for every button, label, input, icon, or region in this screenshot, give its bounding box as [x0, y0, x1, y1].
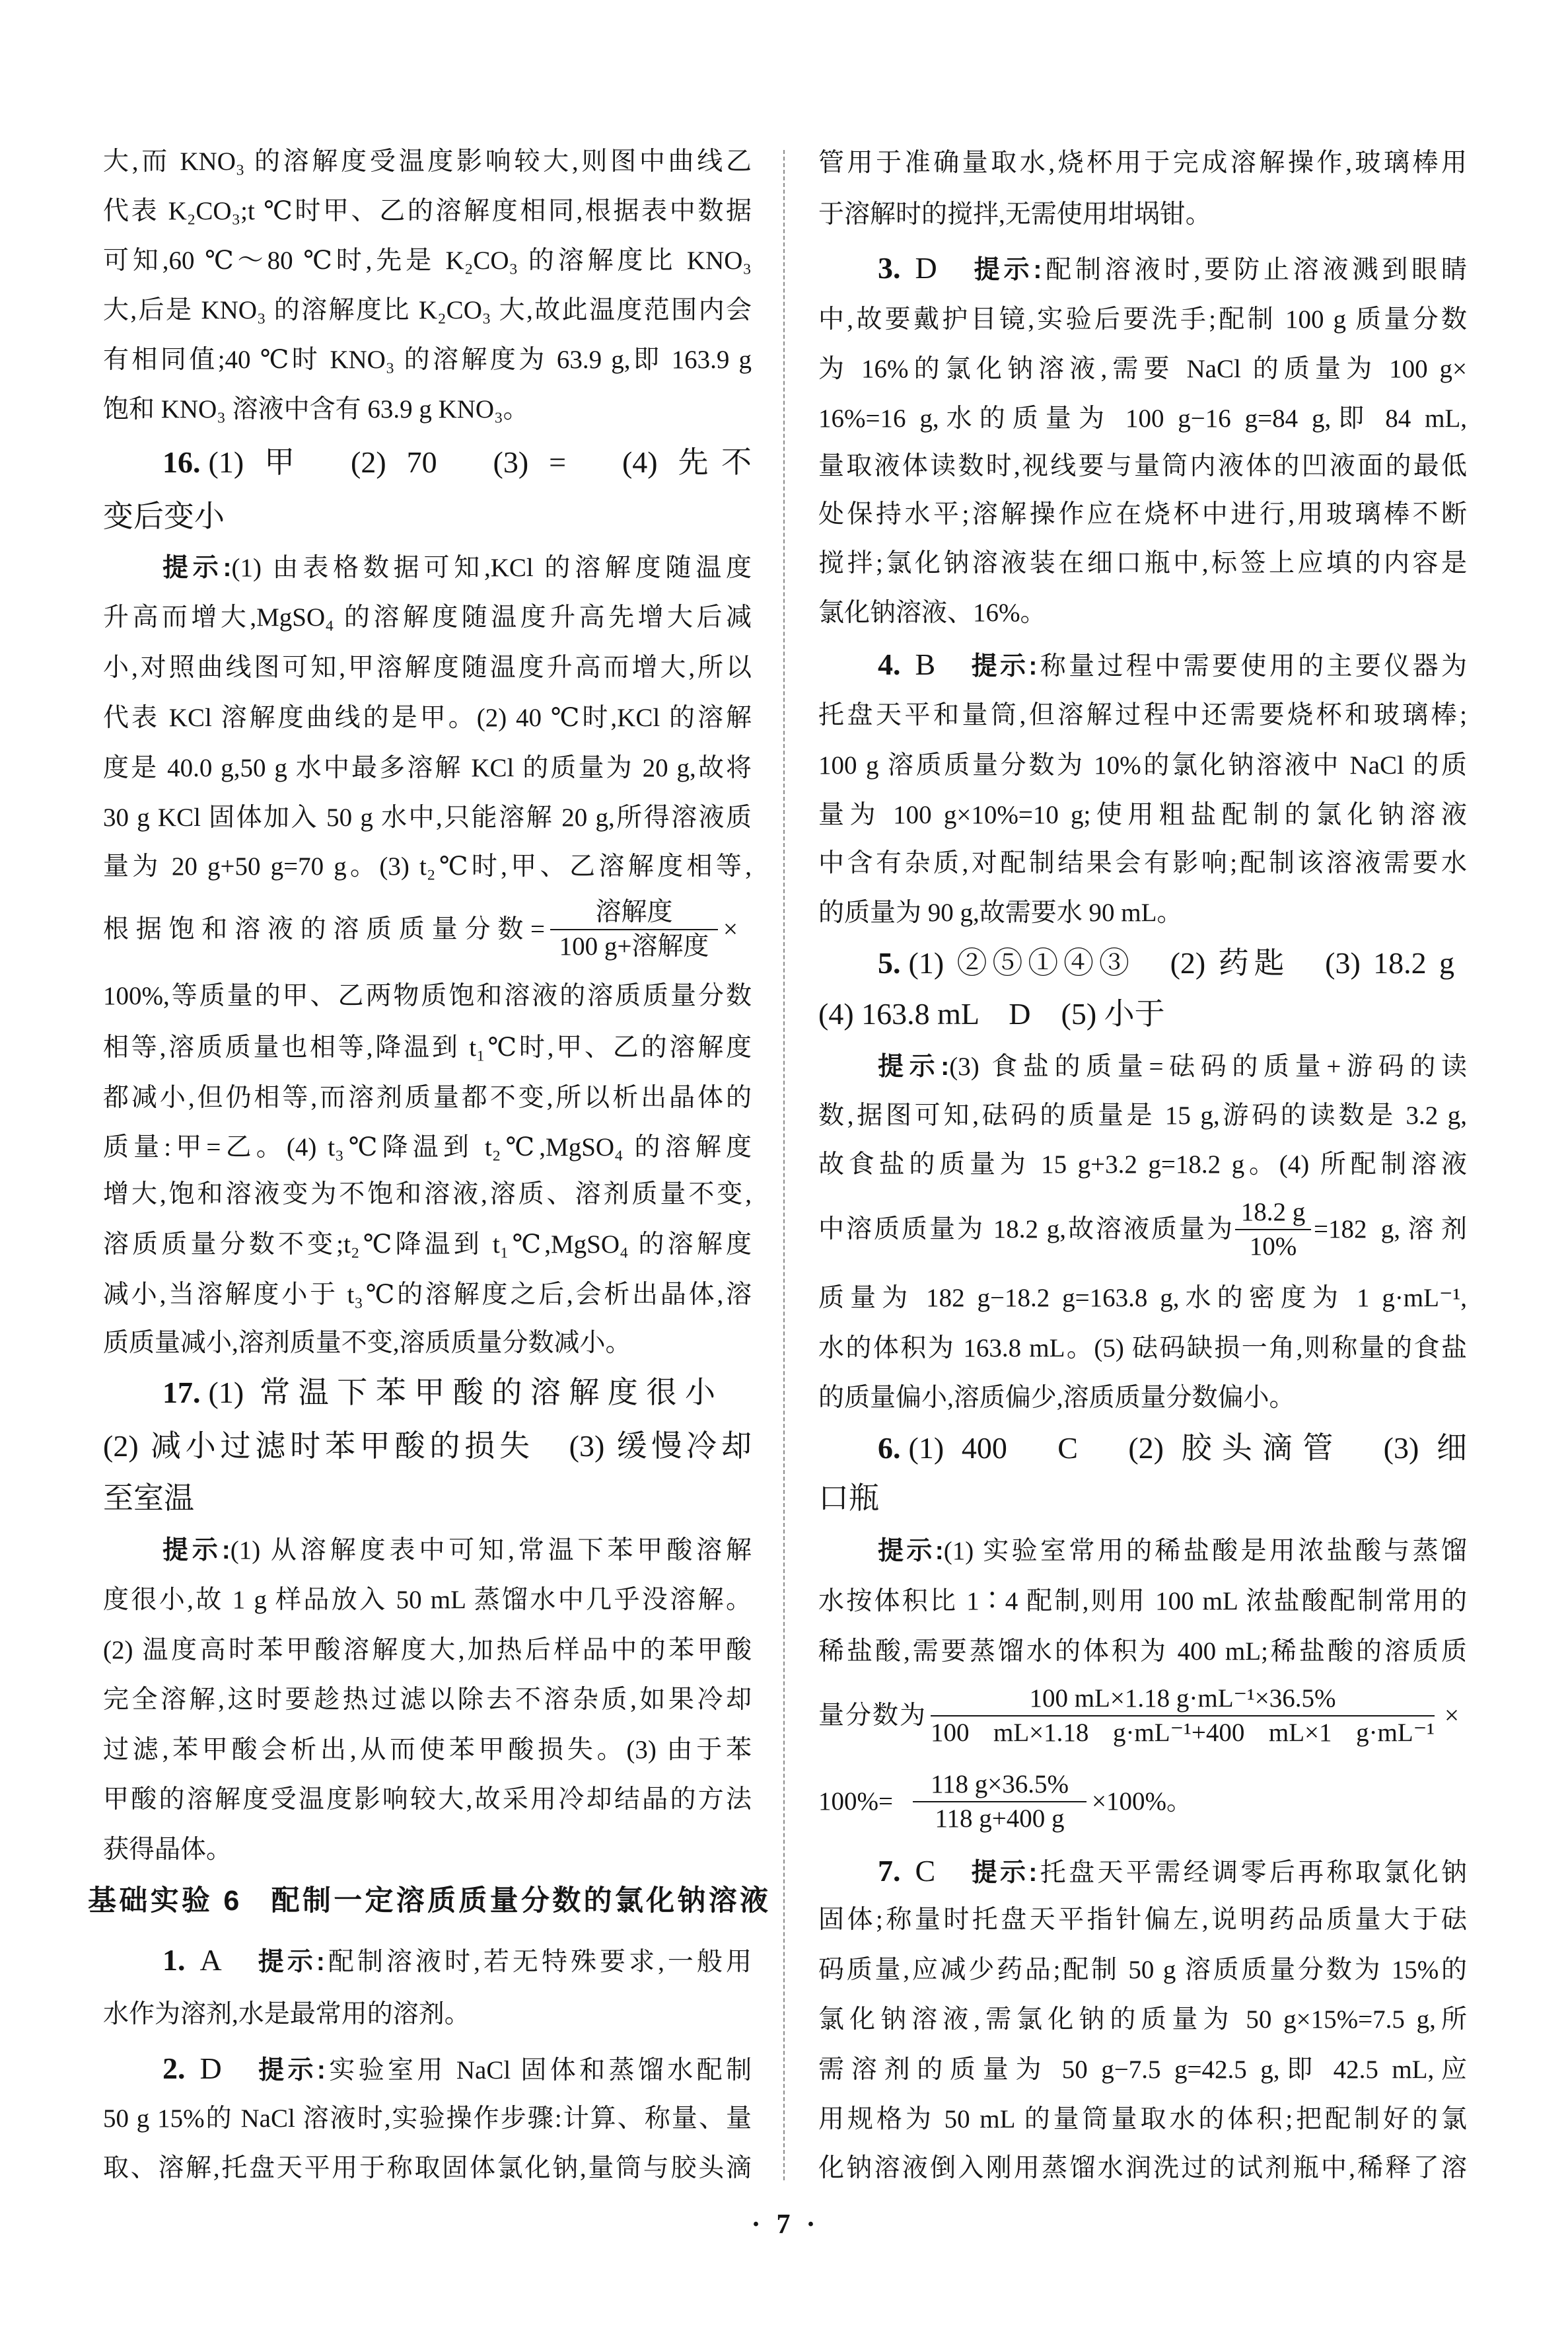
hint-line: 代表 K₂CO₃;t ℃时甲、乙的溶解度相同,根据表中数据: [103, 192, 752, 231]
fraction-denominator: 118 g+400 g: [913, 1802, 1087, 1835]
answer-line-q2: 2.D提示:实验室用 NaCl 固体和蒸馏水配制: [103, 2049, 752, 2088]
formula-suffix: ×: [1444, 1696, 1467, 1736]
answer-line: (2) 减小过滤时苯甲酸的损失 (3) 缓慢冷却: [103, 1426, 752, 1466]
section-heading: 基础实验 6配制一定溶质质量分数的氯化钠溶液: [88, 1880, 768, 1922]
hint-line: 质量:甲=乙。(4) t₃℃降温到 t₂℃,MgSO₄ 的溶解度: [103, 1128, 752, 1167]
fraction-denominator: 100 mL×1.18 g·mL⁻¹+400 mL×1 g·mL⁻¹: [931, 1716, 1435, 1750]
question-number: 7.: [878, 1854, 901, 1888]
hint-label: 提示:: [878, 1537, 944, 1565]
formula-prefix: 中溶质质量为 18.2 g,故溶液质量为: [818, 1210, 1232, 1249]
formula-suffix: =182 g,溶剂: [1314, 1210, 1467, 1249]
answer-line: 至室温: [103, 1479, 752, 1518]
answer-text: (1) ②⑤①④③ (2) 药匙 (3) 18.2 g: [909, 946, 1455, 980]
formula-prefix: 100%=: [818, 1782, 910, 1822]
answer-line-q16: 16.(1) 甲 (2) 70 (3) = (4) 先不: [103, 443, 752, 482]
hint-line: (2) 温度高时苯甲酸溶解度大,加热后样品中的苯甲酸: [103, 1631, 752, 1670]
answer-text: (1) 400 C (2) 胶头滴管 (3) 细: [909, 1431, 1468, 1465]
answer-text: (1) 甲 (2) 70 (3) = (4) 先不: [209, 445, 752, 479]
hint-label: 提示:: [970, 256, 1042, 284]
formula-suffix: ×100%。: [1092, 1782, 1204, 1822]
hint-line: 为 16%的氯化钠溶液,需要 NaCl 的质量为 100 g×: [818, 350, 1467, 389]
answer-text: (1) 常温下苯甲酸的溶解度很小: [209, 1376, 716, 1409]
hint-label: 提示:: [968, 652, 1037, 681]
hint-line: 减小,当溶解度小于 t₃℃的溶解度之后,会析出晶体,溶: [103, 1275, 752, 1315]
hint-line: 100 g 溶质质量分数为 10%的氯化钠溶液中 NaCl 的质: [818, 746, 1467, 786]
hint-label: 提示:: [255, 1948, 325, 1976]
hint-text: 配制溶液时,要防止溶液溅到眼睛: [1042, 256, 1467, 284]
hint-line: 质量为 182 g−18.2 g=163.8 g,水的密度为 1 g·mL⁻¹,: [818, 1278, 1467, 1318]
hint-line: 化钠溶液倒入刚用蒸馏水润洗过的试剂瓶中,稀释了溶: [818, 2149, 1467, 2188]
hint-line: 饱和 KNO₃ 溶液中含有 63.9 g KNO₃。: [103, 390, 752, 429]
hint-line: 完全溶解,这时要趁热过滤以除去不溶杂质,如果冷却: [103, 1680, 752, 1720]
hint-line: 故食盐的质量为 15 g+3.2 g=18.2 g。(4) 所配制溶液: [818, 1145, 1467, 1185]
fraction: 18.2 g 10%: [1235, 1196, 1311, 1263]
hint-line: 升高而增大,MgSO₄ 的溶解度随温度升高先增大后减: [103, 598, 752, 638]
hint-label: 提示:: [878, 1052, 949, 1081]
hint-line: 相等,溶质质量也相等,降温到 t₁℃时,甲、乙的溶解度: [103, 1028, 752, 1068]
page-number-value: 7: [777, 2209, 791, 2240]
hint-line: 提示:(1) 实验室常用的稀盐酸是用浓盐酸与蒸馏: [818, 1532, 1467, 1571]
hint-label: 提示:: [255, 2056, 326, 2085]
answer-line-q1: 1.A提示:配制溶液时,若无特殊要求,一般用: [103, 1940, 752, 1980]
hint-line: 氯化钠溶液,需氯化钠的质量为 50 g×15%=7.5 g,所: [818, 2000, 1467, 2040]
hint-label: 提示:: [968, 1859, 1037, 1887]
fraction-denominator: 10%: [1235, 1230, 1311, 1263]
hint-line: 提示:(1) 从溶解度表中可知,常温下苯甲酸溶解: [103, 1531, 752, 1570]
page-number-dot: ·: [751, 2209, 760, 2240]
hint-text: 托盘天平需经调零后再称取氯化钠: [1037, 1859, 1467, 1887]
hint-label: 提示:: [162, 554, 232, 582]
hint-line: 过滤,苯甲酸会析出,从而使苯甲酸损失。(3) 由于苯: [103, 1730, 752, 1770]
answer-choice: D: [200, 2051, 222, 2085]
column-divider: [783, 150, 785, 2180]
fraction-numerator: 溶解度: [550, 896, 718, 929]
answer-line-q5: 5.(1) ②⑤①④③ (2) 药匙 (3) 18.2 g: [818, 943, 1454, 983]
hint-line: 数,据图可知,砝码的质量是 15 g,游码的读数是 3.2 g,: [818, 1096, 1467, 1136]
hint-line: 代表 KCl 溶解度曲线的是甲。(2) 40 ℃时,KCl 的溶解: [103, 698, 752, 738]
hint-line: 托盘天平和量筒,但溶解过程中还需要烧杯和玻璃棒;: [818, 696, 1467, 735]
hint-line: 水作为溶剂,水是最常用的溶剂。: [103, 1995, 752, 2034]
hint-line: 稀盐酸,需要蒸馏水的体积为 400 mL;稀盐酸的溶质质: [818, 1632, 1467, 1672]
answer-choice: D: [915, 251, 937, 285]
question-number: 5.: [878, 946, 901, 980]
hint-line: 小,对照曲线图可知,甲溶解度随温度升高而增大,所以: [103, 648, 752, 688]
hint-line: 都减小,但仍相等,而溶剂质量都不变,所以析出晶体的: [103, 1078, 752, 1118]
hint-text: (3) 食盐的质量=砝码的质量+游码的读: [949, 1052, 1467, 1081]
section-title: 配制一定溶质质量分数的氯化钠溶液: [268, 1885, 768, 1917]
hint-line: 大,而 KNO₃ 的溶解度受温度影响较大,则图中曲线乙: [103, 142, 752, 182]
hint-text: (1) 由表格数据可知,KCl 的溶解度随温度: [232, 554, 752, 582]
question-number: 3.: [878, 251, 901, 285]
hint-line: 度是 40.0 g,50 g 水中最多溶解 KCl 的质量为 20 g,故将: [103, 749, 752, 788]
question-number: 17.: [162, 1376, 201, 1409]
hint-line: 100%,等质量的甲、乙两物质饱和溶液的溶质质量分数: [103, 977, 752, 1016]
answer-line: 口瓶: [818, 1479, 1467, 1518]
hint-line: 50 g 15%的 NaCl 溶液时,实验操作步骤:计算、称量、量: [103, 2099, 752, 2139]
section-label: 基础实验 6: [88, 1885, 239, 1917]
fraction-numerator: 118 g×36.5%: [913, 1768, 1087, 1801]
hint-line: 增大,饱和溶液变为不饱和溶液,溶质、溶剂质量不变,: [103, 1175, 752, 1214]
answer-choice: C: [915, 1854, 936, 1888]
hint-text: (1) 从溶解度表中可知,常温下苯甲酸溶解: [231, 1536, 752, 1565]
hint-line: 用规格为 50 mL 的量筒量取水的体积;把配制好的氯: [818, 2100, 1467, 2139]
fraction: 溶解度 100 g+溶解度: [550, 896, 718, 963]
hint-line: 码质量,应减少药品;配制 50 g 溶质质量分数为 15%的: [818, 1950, 1467, 1990]
fraction-numerator: 100 mL×1.18 g·mL⁻¹×36.5%: [931, 1682, 1435, 1715]
hint-text: (1) 实验室常用的稀盐酸是用浓盐酸与蒸馏: [944, 1537, 1467, 1565]
hint-line: 管用于准确量取水,烧杯用于完成溶解操作,玻璃棒用: [818, 143, 1467, 183]
fraction: 100 mL×1.18 g·mL⁻¹×36.5% 100 mL×1.18 g·m…: [931, 1682, 1435, 1750]
hint-line: 处保持水平;溶解操作应在烧杯中进行,用玻璃棒不断: [818, 495, 1467, 535]
answer-line-q7: 7.C提示:托盘天平需经调零后再称取氯化钠: [818, 1851, 1467, 1891]
hint-line: 水的体积为 163.8 mL。(5) 砝码缺损一角,则称量的食盐: [818, 1329, 1467, 1368]
question-number: 4.: [878, 647, 901, 681]
hint-line: 16%=16 g,水的质量为 100 g−16 g=84 g,即 84 mL,: [818, 399, 1467, 439]
hint-line: 甲酸的溶解度受温度影响较大,故采用冷却结晶的方法: [103, 1780, 752, 1820]
hint-line: 有相同值;40 ℃时 KNO₃ 的溶解度为 63.9 g,即 163.9 g: [103, 340, 752, 380]
answer-line: 变后变小: [103, 497, 752, 536]
hint-line: 量为 20 g+50 g=70 g。(3) t₂℃时,甲、乙溶解度相等,: [103, 847, 752, 887]
question-number: 6.: [878, 1431, 901, 1465]
answer-line: (4) 163.8 mL D (5) 小于: [818, 994, 1467, 1034]
hint-line: 搅拌;氯化钠溶液装在细口瓶中,标签上应填的内容是: [818, 544, 1467, 583]
formula-suffix: ×: [723, 910, 754, 949]
fraction: 118 g×36.5% 118 g+400 g: [913, 1768, 1087, 1835]
formula-prefix: 量分数为: [818, 1696, 925, 1736]
hint-line: 量取液体读数时,视线要与量筒内液体的凹液面的最低: [818, 447, 1467, 486]
answer-choice: B: [915, 647, 936, 681]
hint-line: 中,故要戴护目镜,实验后要洗手;配制 100 g 质量分数: [818, 300, 1467, 340]
hint-line: 量为 100 g×10%=10 g;使用粗盐配制的氯化钠溶液: [818, 795, 1467, 835]
hint-line: 30 g KCl 固体加入 50 g 水中,只能溶解 20 g,所得溶液质: [103, 798, 752, 838]
hint-line: 大,后是 KNO₃ 的溶解度比 K₂CO₃ 大,故此温度范围内会: [103, 291, 752, 330]
hint-text: 配制溶液时,若无特殊要求,一般用: [325, 1948, 752, 1976]
hint-line: 需溶剂的质量为 50 g−7.5 g=42.5 g,即 42.5 mL,应: [818, 2050, 1467, 2090]
hint-line: 水按体积比 1∶4 配制,则用 100 mL 浓盐酸配制常用的: [818, 1582, 1467, 1621]
question-number: 2.: [162, 2051, 186, 2085]
hint-line: 固体;称量时托盘天平指针偏左,说明药品质量大于砝: [818, 1900, 1467, 1940]
hint-line: 中含有杂质,对配制结果会有影响;配制该溶液需要水: [818, 844, 1467, 883]
hint-line: 氯化钠溶液、16%。: [818, 593, 1467, 633]
answer-line-q6: 6.(1) 400 C (2) 胶头滴管 (3) 细: [818, 1428, 1467, 1468]
answer-line-q3: 3.D提示:配制溶液时,要防止溶液溅到眼睛: [818, 248, 1467, 288]
hint-text: 实验室用 NaCl 固体和蒸馏水配制: [326, 2056, 752, 2085]
answer-line-q17: 17.(1) 常温下苯甲酸的溶解度很小: [103, 1373, 715, 1413]
hint-line: 溶质质量分数不变;t₂℃降温到 t₁℃,MgSO₄ 的溶解度: [103, 1225, 752, 1265]
answer-choice: A: [200, 1943, 222, 1977]
hint-line: 度很小,故 1 g 样品放入 50 mL 蒸馏水中几乎没溶解。: [103, 1580, 752, 1620]
hint-line: 的质量为 90 g,故需要水 90 mL。: [818, 893, 1467, 933]
question-number: 1.: [162, 1943, 186, 1977]
question-number: 16.: [162, 445, 201, 479]
fraction-denominator: 100 g+溶解度: [550, 930, 718, 963]
fraction-numerator: 18.2 g: [1235, 1196, 1311, 1229]
hint-line: 的质量偏小,溶质偏少,溶质质量分数偏小。: [818, 1378, 1467, 1418]
answer-line-q4: 4.B提示:称量过程中需要使用的主要仪器为: [818, 645, 1467, 684]
hint-text: 称量过程中需要使用的主要仪器为: [1037, 652, 1467, 681]
formula-prefix: 根据饱和溶液的溶质质量分数=: [103, 910, 545, 949]
hint-line: 于溶解时的搅拌,无需使用坩埚钳。: [818, 195, 1467, 235]
hint-line: 质质量减小,溶剂质量不变,溶质质量分数减小。: [103, 1323, 752, 1363]
hint-line: 可知,60 ℃～80 ℃时,先是 K₂CO₃ 的溶解度比 KNO₃: [103, 241, 752, 281]
page-number-dot: ·: [806, 2209, 816, 2240]
hint-line: 提示:(1) 由表格数据可知,KCl 的溶解度随温度: [103, 548, 752, 588]
hint-line: 取、溶解,托盘天平用于称取固体氯化钠,量筒与胶头滴: [103, 2149, 752, 2188]
hint-line: 提示:(3) 食盐的质量=砝码的质量+游码的读: [818, 1047, 1467, 1087]
hint-label: 提示:: [162, 1536, 231, 1565]
page-number: ·7·: [717, 2205, 849, 2244]
hint-line: 获得晶体。: [103, 1830, 752, 1870]
